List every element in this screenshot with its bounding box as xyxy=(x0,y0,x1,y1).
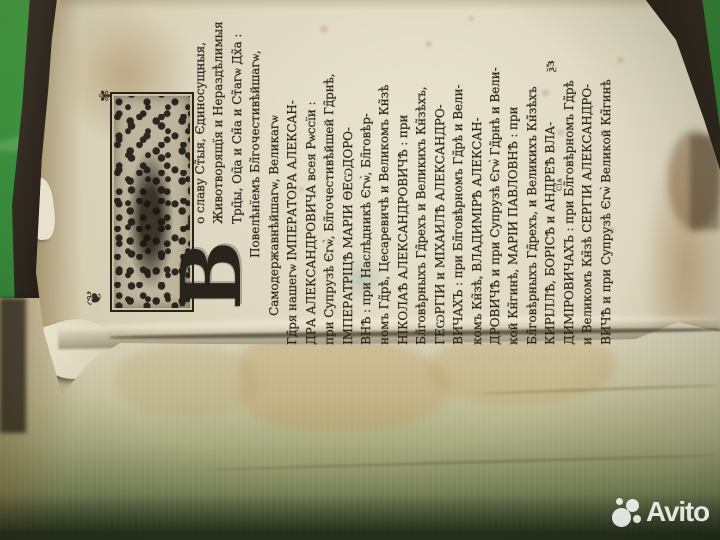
text-line: Повелѣнїемъ Бл̃гочестивѣйшагѡ, xyxy=(246,60,264,360)
signature-mark: сїѧ xyxy=(554,171,567,199)
avito-logo-icon xyxy=(626,499,639,512)
foxing-spot xyxy=(424,40,433,48)
avito-logo-icon xyxy=(616,498,623,505)
page-text-block: ❦ ✾ В о славу Ст̃ыя, Єдиносущныя, Животв… xyxy=(90,55,620,360)
avito-logo-icon xyxy=(633,515,641,523)
avito-watermark: Avito xyxy=(608,494,718,538)
text-line: КИРІЛЛѢ, БОРІСѢ и АНДРЕѢ ВЛА- xyxy=(541,60,559,360)
text-line: номъ Гд̃рѣ, Цесаревичѣ и Великомъ Кн̃зѣ xyxy=(375,60,393,360)
text-line: о славу Ст̃ыя, Єдиносущныя, xyxy=(191,60,209,360)
text-line: Бл̃говѣрныхъ Гд̃рехъ, и Великихъ Кн̃зѣхъ xyxy=(523,60,541,360)
text-line: ДРА АЛЕКСАНДРОВИЧА всея Рѡссїи : xyxy=(302,60,320,360)
folio-number: ѯ̃з xyxy=(543,51,559,81)
text-line: ВНѢ : при Наслѣдникѣ Єгѡ̀, Бл̃говѣр- xyxy=(357,60,375,360)
flourish-ornament: ❦ xyxy=(82,289,106,306)
text-line: Трц̃ы, Оц̃а и Сн̃а и Ст̃агѡ Дх̃а : xyxy=(228,60,246,360)
foxing-spot xyxy=(468,15,475,22)
foxing-spot xyxy=(318,24,330,34)
rotated-reading-frame: ❦ ✾ В о славу Ст̃ыя, Єдиносущныя, Животв… xyxy=(90,55,620,360)
photo-antique-book: ❦ ✾ В о славу Ст̃ыя, Єдиносущныя, Животв… xyxy=(0,0,720,540)
text-line: при Супрузѣ Єгѡ̀, Бл̃гочестивѣйшей Гд̃рн… xyxy=(320,60,338,360)
text-line: Бл̃говѣрныхъ Гд̃рехъ и Великихъ Кн̃зѣхъ, xyxy=(412,60,430,360)
text-line: НІКОЛАѢ АЛЕКСАНДРОВИЧѢ : при xyxy=(394,60,412,360)
text-line: Животворящїя и Нераздѣлимыя xyxy=(209,60,227,360)
text-line: ДРОВИЧѢ и при Супрузѣ Єгѡ̀ Гд̃рнѣ и Вели… xyxy=(486,60,504,360)
text-line: Самодержавнѣйшагѡ, Великагѡ xyxy=(265,60,283,360)
text-line: ВИЧАХЪ : при Бл̃говѣрномъ Гд̃рѣ и Вели- xyxy=(449,60,467,360)
text-line: ВИЧѢ и при Супрузѣ Єгѡ̀ Великой Кн̃гинѣ xyxy=(597,60,615,360)
avito-wordmark: Avito xyxy=(646,496,709,528)
top-edge-browning xyxy=(60,0,660,10)
text-line: ГЕѠРГІИ и МІХАИЛѢ АЛЕКСАНДРО- xyxy=(431,60,449,360)
gutter-shadow xyxy=(0,298,26,433)
text-line: ІМПЕРАТРІЦѢ МАРІИ ѲЕѠДОРО- xyxy=(339,60,357,360)
text-line: кой Кн̃гинѣ, МАРІИ ПАВЛОВНѢ : при xyxy=(504,60,522,360)
text-line: комъ Кн̃зѣ, ВЛАДИМІРѢ АЛЕКСАН- xyxy=(468,60,486,360)
text-line: Гд̃ря нашегѡ ІМПЕРАТОРА АЛЕКСАН- xyxy=(283,60,301,360)
text-line: и Великомъ Кн̃зѣ СЕРГІИ АЛЕКСАНДРО- xyxy=(578,60,596,360)
text-line: ДИМІРОВИЧАХЪ : при Бл̃говѣрномъ Гд̃рѣ xyxy=(560,60,578,360)
text-lines: о славу Ст̃ыя, Єдиносущныя, Животворящїя… xyxy=(191,60,615,360)
